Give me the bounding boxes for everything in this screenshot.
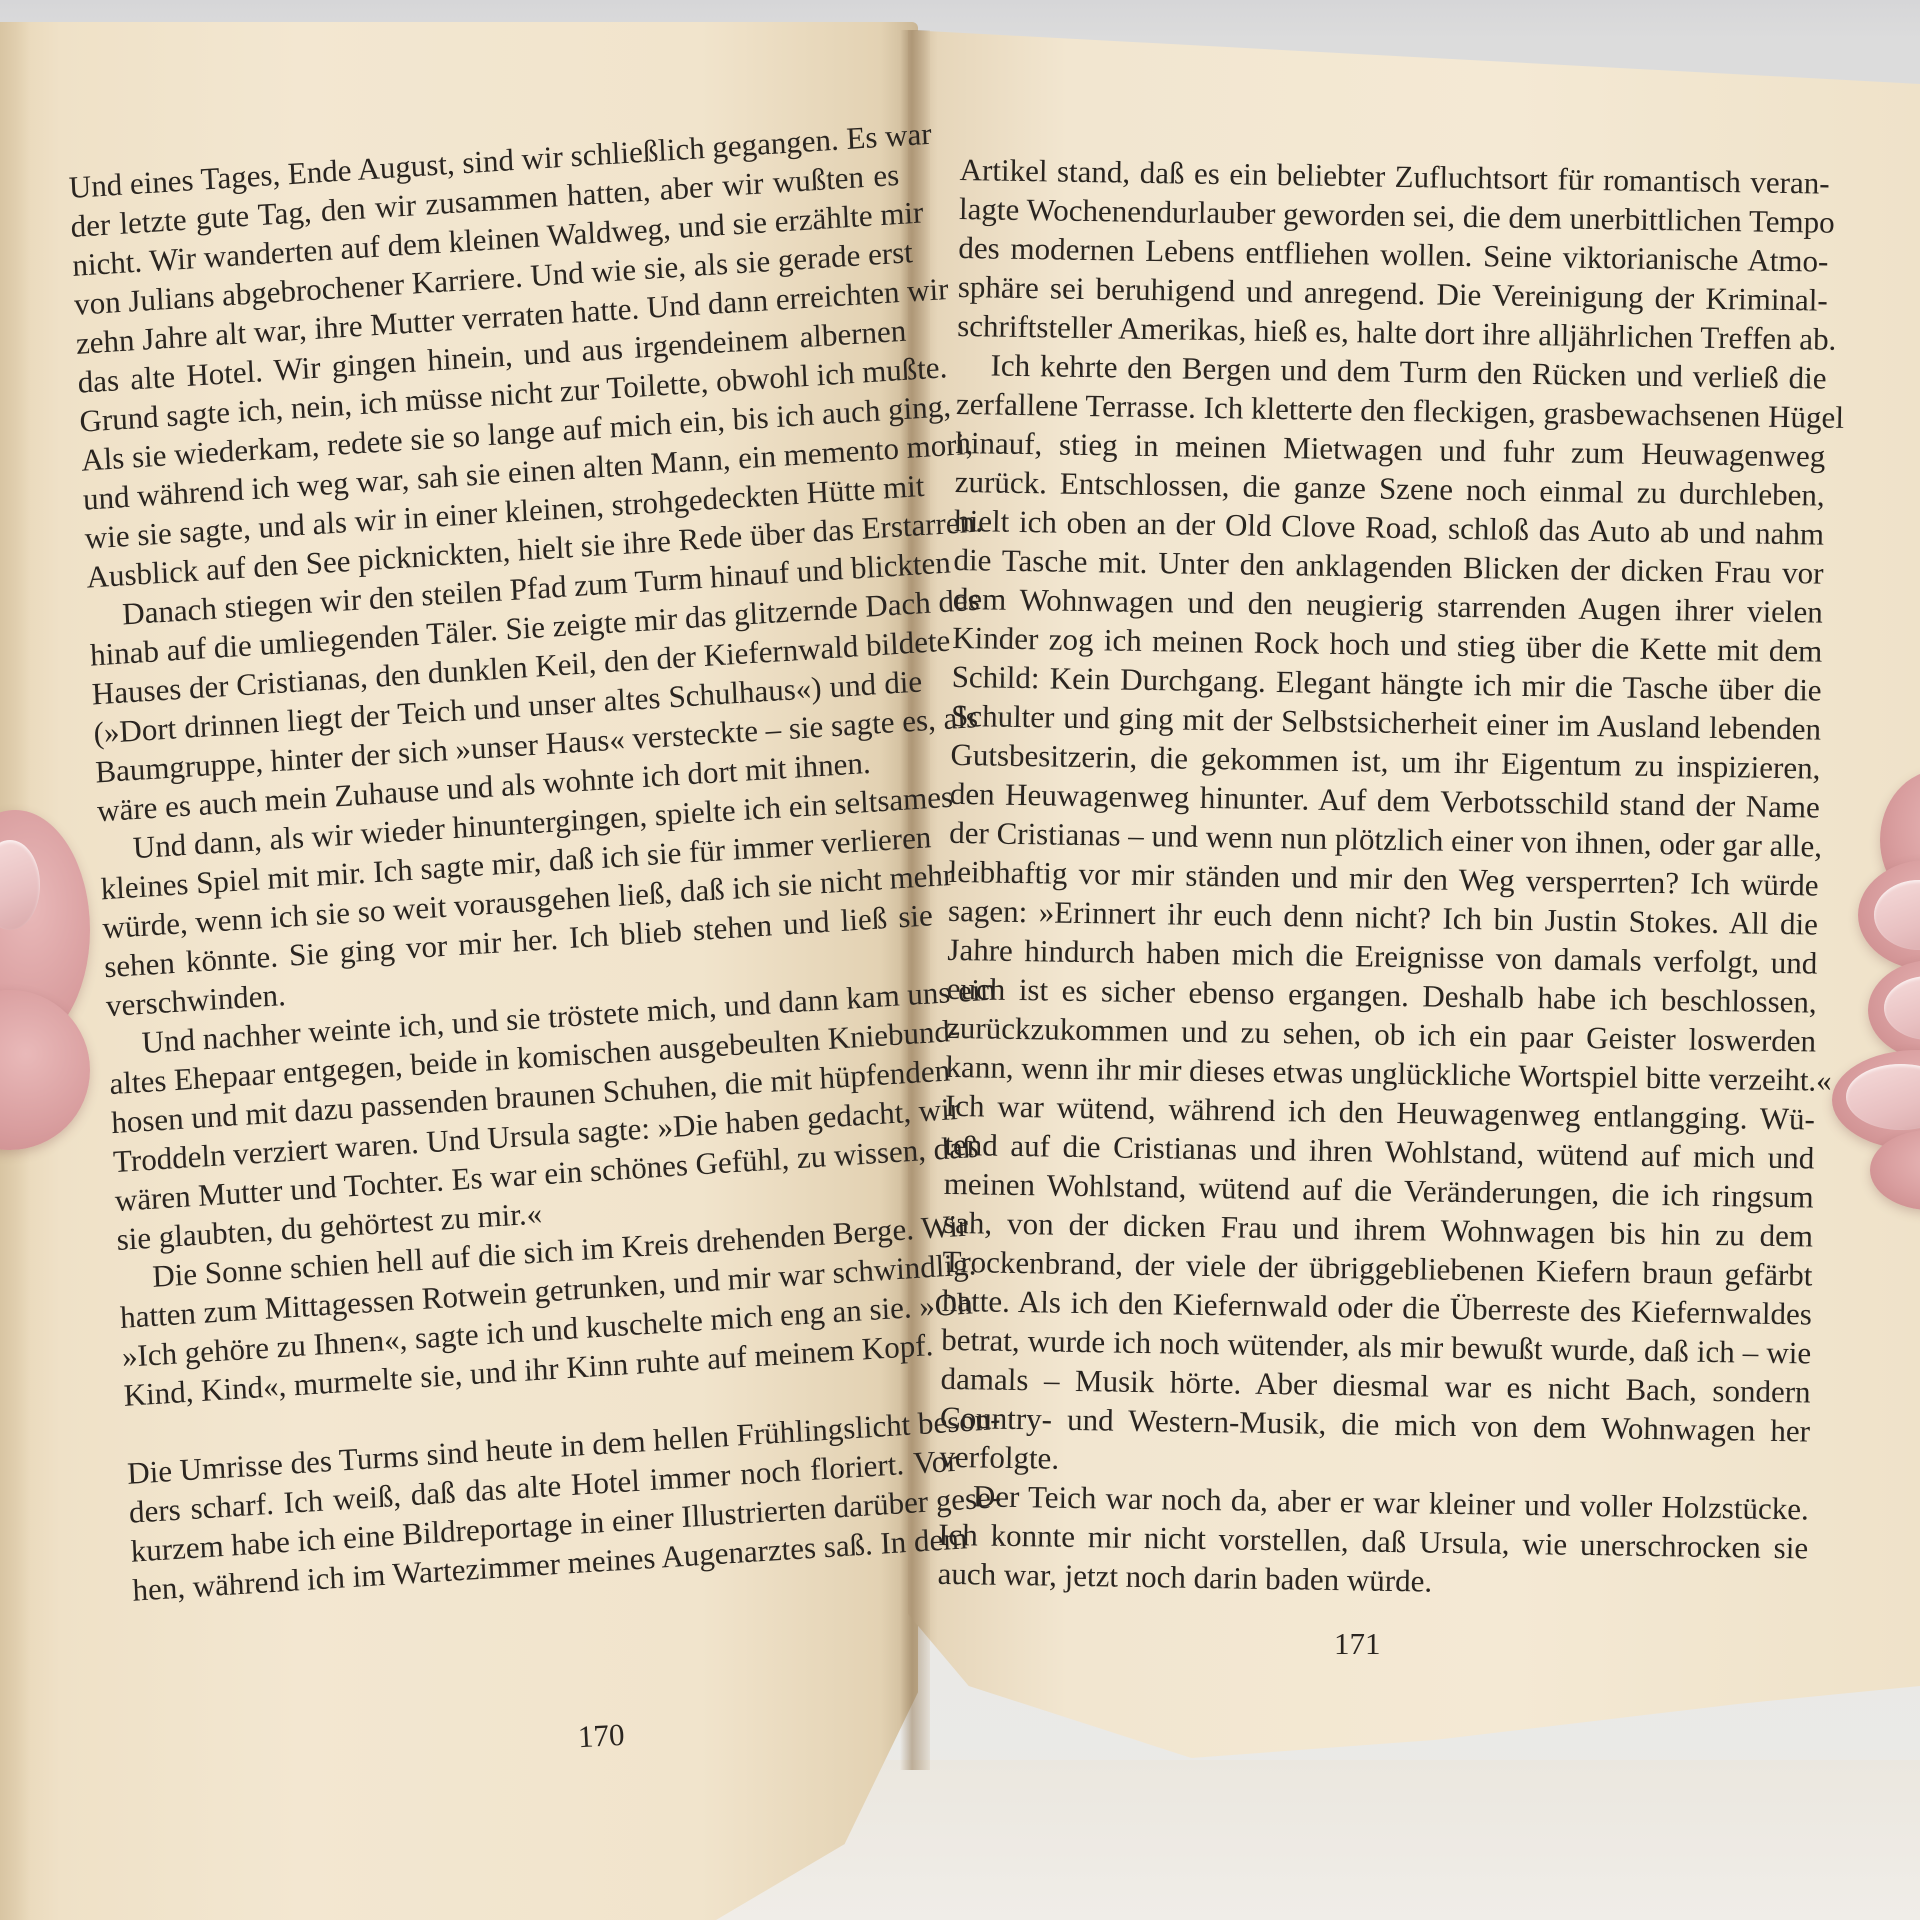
- right-nail-4: [1846, 1064, 1920, 1130]
- right-page-text: Artikel stand, daß es ein beliebter Zufl…: [937, 150, 1830, 1606]
- left-page-text: Und eines Tages, Ende August, sind wir s…: [68, 116, 962, 1610]
- page-number-left: 170: [577, 1717, 625, 1755]
- page-number-right: 171: [1334, 1626, 1381, 1662]
- right-nail-2: [1874, 880, 1920, 950]
- right-nail-3: [1884, 976, 1920, 1040]
- left-thumb-nail: [0, 840, 40, 930]
- photo-scene: Und eines Tages, Ende August, sind wir s…: [0, 0, 1920, 1920]
